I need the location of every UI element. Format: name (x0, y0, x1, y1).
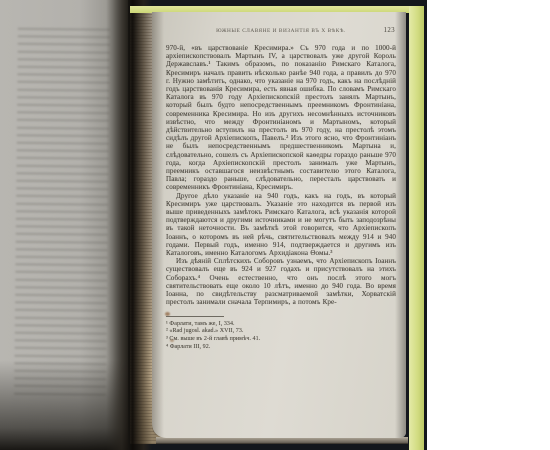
paragraph: Другое дѣло указаніе на 940 годъ, какъ н… (166, 192, 396, 258)
cover-right-edge (409, 6, 424, 450)
paragraph: 970-й, «въ царствованіе Кресимира.» Съ 9… (166, 44, 396, 192)
running-title: ЮЖНЫЕ СЛАВЯНЕ И ВИЗАНТІЯ ВЪ X ВѢКѢ. (166, 28, 396, 34)
body-text: 970-й, «въ царствованіе Кресимира.» Съ 9… (166, 44, 396, 307)
book-page: ЮЖНЫЕ СЛАВЯНЕ И ВИЗАНТІЯ ВЪ X ВѢКѢ. 123 … (152, 12, 406, 438)
footnote: ² «Rad jugosl. akad.» XVII, 73. (166, 328, 396, 336)
footnote-separator (166, 316, 224, 317)
running-header: ЮЖНЫЕ СЛАВЯНЕ И ВИЗАНТІЯ ВЪ X ВѢКѢ. 123 (166, 28, 396, 39)
screenshot: ЮЖНЫЕ СЛАВЯНЕ И ВИЗАНТІЯ ВЪ X ВѢКѢ. 123 … (0, 0, 550, 450)
page-bottom-edge (156, 437, 408, 444)
footnote: ³ См. выше въ 2-й главѣ примѣч. 41. (166, 336, 396, 344)
gutter-shadow (106, 0, 152, 450)
footnotes: ¹ Фарлати, тамъ же, I, 334. ² «Rad jugos… (166, 321, 396, 352)
page-content: ЮЖНЫЕ СЛАВЯНЕ И ВИЗАНТІЯ ВЪ X ВѢКѢ. 123 … (166, 28, 396, 351)
page-number: 123 (384, 27, 395, 34)
book-photo: ЮЖНЫЕ СЛАВЯНЕ И ВИЗАНТІЯ ВЪ X ВѢКѢ. 123 … (0, 0, 427, 450)
paragraph: Изъ дѣяній Сплѣтскихъ Соборовъ узнаемъ, … (166, 257, 396, 306)
footnote: ⁴ Фарлати III, 92. (166, 344, 396, 352)
